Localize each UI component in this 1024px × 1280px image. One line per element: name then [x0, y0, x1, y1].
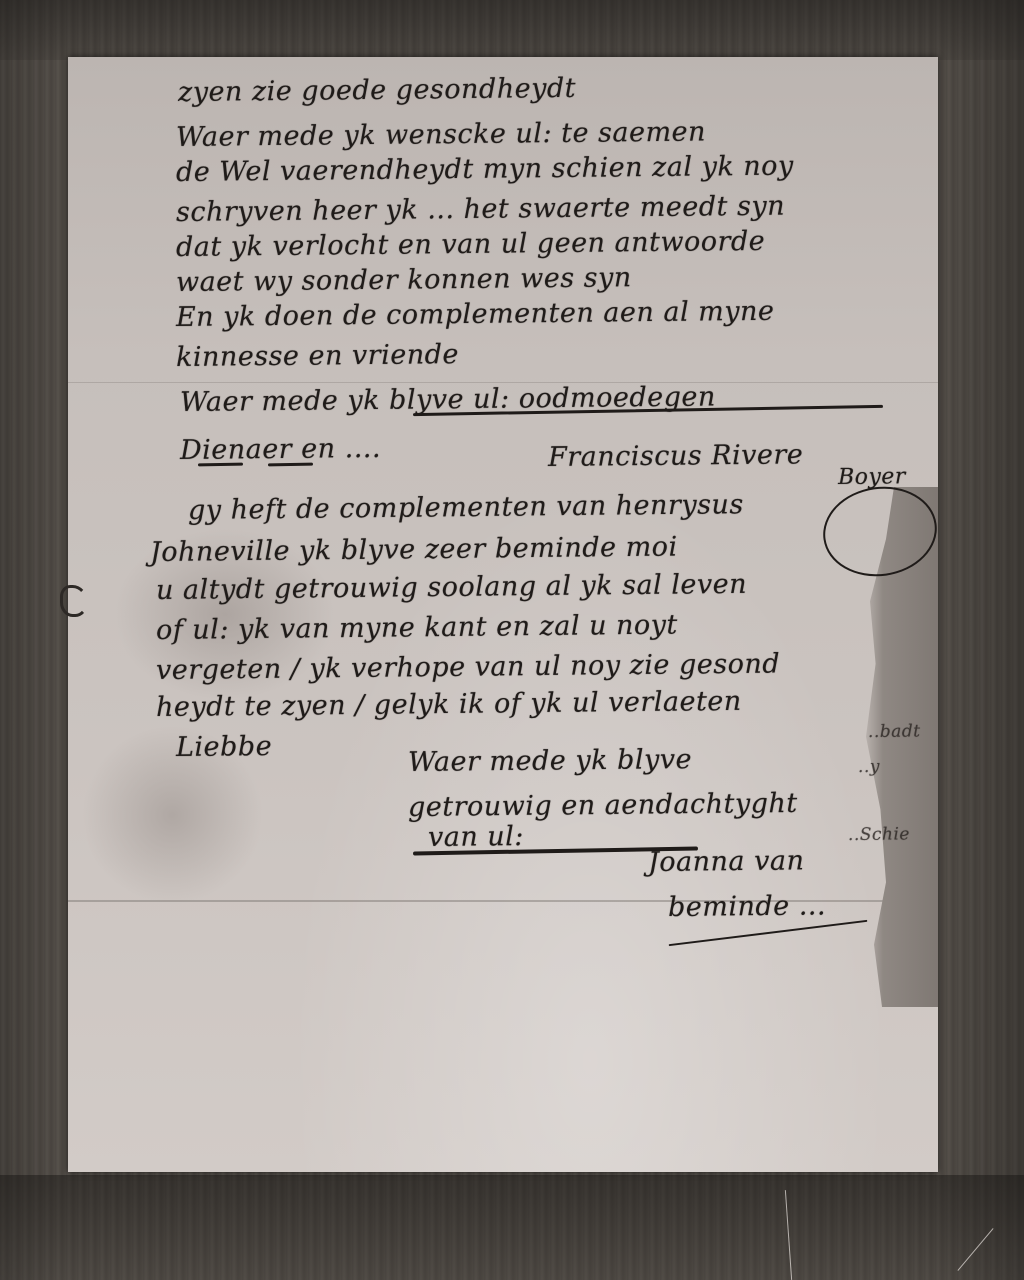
underline-stroke	[669, 920, 868, 946]
letter-line: Waer mede yk wenscke ul: te saemen	[176, 116, 706, 153]
postscript-line: heydt te zyen / gelyk ik of yk ul verlae…	[156, 686, 742, 723]
closing-line: getrouwig en aendachtyght	[408, 788, 798, 823]
letter-line: dat yk verlocht en van ul geen antwoorde	[176, 226, 765, 263]
letter-line: zyen zie goede gesondheydt	[178, 73, 576, 108]
letter-line: Dienaer en ....	[180, 433, 381, 466]
pin-hole-mark	[60, 585, 88, 617]
letter-line: de Wel vaerendheydt myn schien zal yk no…	[176, 151, 794, 188]
signature-name: beminde ...	[668, 890, 826, 923]
postscript-line: Liebbe	[176, 731, 272, 763]
postscript-line: gy heft de complementen van henrysus	[188, 489, 744, 526]
margin-note: ..Schie	[848, 824, 910, 845]
closing-line: Waer mede yk blyve	[408, 744, 692, 778]
letter-line: waet wy sonder konnen wes syn	[176, 262, 632, 298]
postscript-line: of ul: yk van myne kant en zal u noyt	[156, 610, 678, 646]
backdrop-top-shadow	[0, 0, 1024, 60]
letter-sheet: zyen zie goede gesondheydt Waer mede yk …	[68, 57, 938, 1172]
signature-name: Franciscus Rivere	[548, 439, 804, 473]
signature-note: Boyer	[838, 464, 906, 490]
backdrop-bottom-shadow	[0, 1175, 1024, 1280]
signature-name: Joanna van	[648, 845, 805, 878]
underline-stroke	[198, 463, 243, 467]
postscript-line: vergeten / yk verhope van ul noy zie ges…	[156, 648, 780, 686]
letter-line: schryven heer yk ... het swaerte meedt s…	[176, 191, 785, 228]
letter-line: kinnesse en vriende	[176, 339, 459, 373]
margin-note: ..y	[858, 757, 880, 777]
closing-line: van ul:	[428, 821, 524, 853]
postscript-line: Johneville yk blyve zeer beminde moi	[150, 531, 678, 568]
postscript-line: u altydt getrouwig soolang al yk sal lev…	[156, 569, 747, 606]
letter-line: En yk doen de complementen aen al myne	[176, 296, 775, 333]
margin-note: ..badt	[868, 721, 921, 742]
underline-stroke	[268, 463, 313, 467]
